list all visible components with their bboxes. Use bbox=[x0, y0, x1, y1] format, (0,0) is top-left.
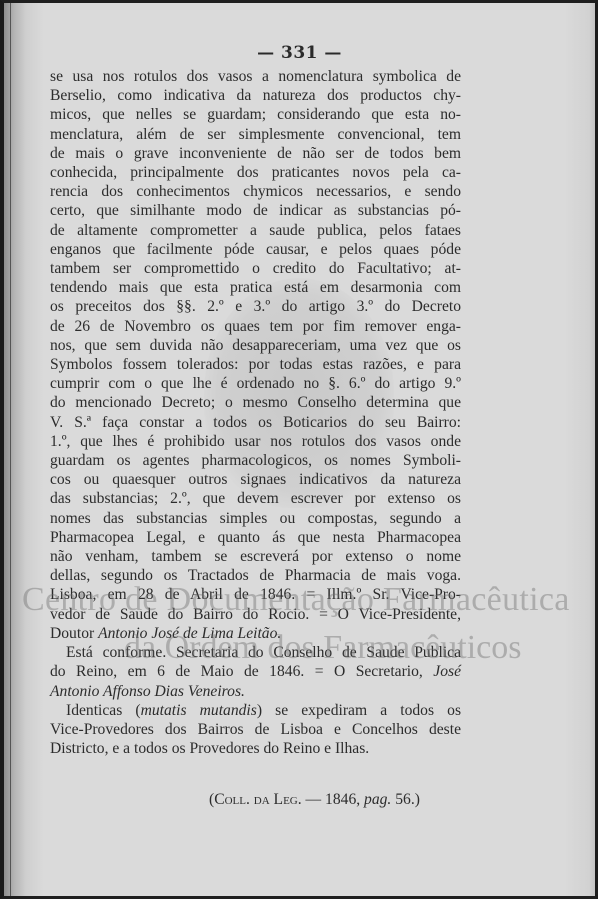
text-line: cumprir com o que lhe é ordenado no §. 6… bbox=[50, 374, 461, 393]
secretary-name: Antonio Affonso Dias Veneiros. bbox=[50, 682, 461, 701]
conformity-line: Está conforme. Secretaria do Conselho de… bbox=[50, 643, 461, 662]
text-line: de mais o grave inconveniente de não ser… bbox=[50, 144, 461, 163]
signatory-name: Antonio José de Lima Leitão. bbox=[98, 625, 281, 642]
text-line: Lisboa, em 28 de Abril de 1846. = Illm.º… bbox=[50, 585, 461, 604]
text-line: guardam os agentes pharmacologicos, os n… bbox=[50, 451, 461, 470]
text-line: tambem ser compromettido o credito do Fa… bbox=[50, 259, 461, 278]
text-line: enganos que facilmente póde causar, e pe… bbox=[50, 240, 461, 259]
text-line: tendendo mais que esta pratica está em d… bbox=[50, 278, 461, 297]
text-line: conhecida, principalmente dos praticante… bbox=[50, 163, 461, 182]
text-line: 1.º, que lhes é prohibido usar nos rotul… bbox=[50, 432, 461, 451]
scanned-page: — 331 — se usa nos rotulos dos vasos a n… bbox=[0, 0, 598, 899]
text-line: Berselio, como indicativa da natureza do… bbox=[50, 86, 461, 105]
binding-edge bbox=[10, 3, 11, 896]
text-line: de 26 de Novembro os quaes tem por fim r… bbox=[50, 317, 461, 336]
text-line: dellas, segundo os Tractados de Pharmaci… bbox=[50, 566, 461, 585]
text-line: Symbolos fossem tolerados: por todas est… bbox=[50, 355, 461, 374]
page-number: — 331 — bbox=[4, 43, 595, 63]
conformity-line: do Reino, em 6 de Maio de 1846. = O Secr… bbox=[50, 662, 461, 681]
text-line: V. S.ª faça constar a todos os Boticario… bbox=[50, 413, 461, 432]
text-line: os preceitos dos §§. 2.º e 3.º do artigo… bbox=[50, 297, 461, 316]
text-line: Pharmacopea Legal, e quanto ás que nesta… bbox=[50, 528, 461, 547]
text-line: nos, que sem duvida não desappareceriam,… bbox=[50, 336, 461, 355]
text-line: menclatura, além de ser simplesmente con… bbox=[50, 125, 461, 144]
text-line: do mencionado Decreto; o mesmo Conselho … bbox=[50, 393, 461, 412]
body-text: se usa nos rotulos dos vasos a nomenclat… bbox=[50, 67, 461, 758]
text-line: se usa nos rotulos dos vasos a nomenclat… bbox=[50, 67, 461, 86]
identicas-line: Districto, e a todos os Provedores do Re… bbox=[50, 739, 461, 758]
text-line: de altamente comprometter a saude public… bbox=[50, 221, 461, 240]
identicas-line: Vice-Provedores dos Bairros de Lisboa e … bbox=[50, 720, 461, 739]
text-line: rencia dos conhecimentos chymicos necess… bbox=[50, 182, 461, 201]
text-line: cos ou quaesquer outros signaes indicati… bbox=[50, 470, 461, 489]
text-line: vedor de Saude do Bairro do Rocio. = O V… bbox=[50, 605, 461, 624]
identicas-line: Identicas (mutatis mutandis) se expedira… bbox=[50, 701, 461, 720]
text-line: não venham, tambem se escreverá por exte… bbox=[50, 547, 461, 566]
signature-line: Doutor Antonio José de Lima Leitão. bbox=[50, 624, 461, 643]
text-line: micos, que nelles se guardam; consideran… bbox=[50, 105, 461, 124]
text-line: certo, que similhante modo de indicar as… bbox=[50, 201, 461, 220]
text-line: das substancias; 2.º, que devem escrever… bbox=[50, 489, 461, 508]
source-citation: (Coll. da Leg. — 1846, pag. 56.) bbox=[209, 791, 420, 809]
text-line: nomes das substancias simples ou compost… bbox=[50, 509, 461, 528]
